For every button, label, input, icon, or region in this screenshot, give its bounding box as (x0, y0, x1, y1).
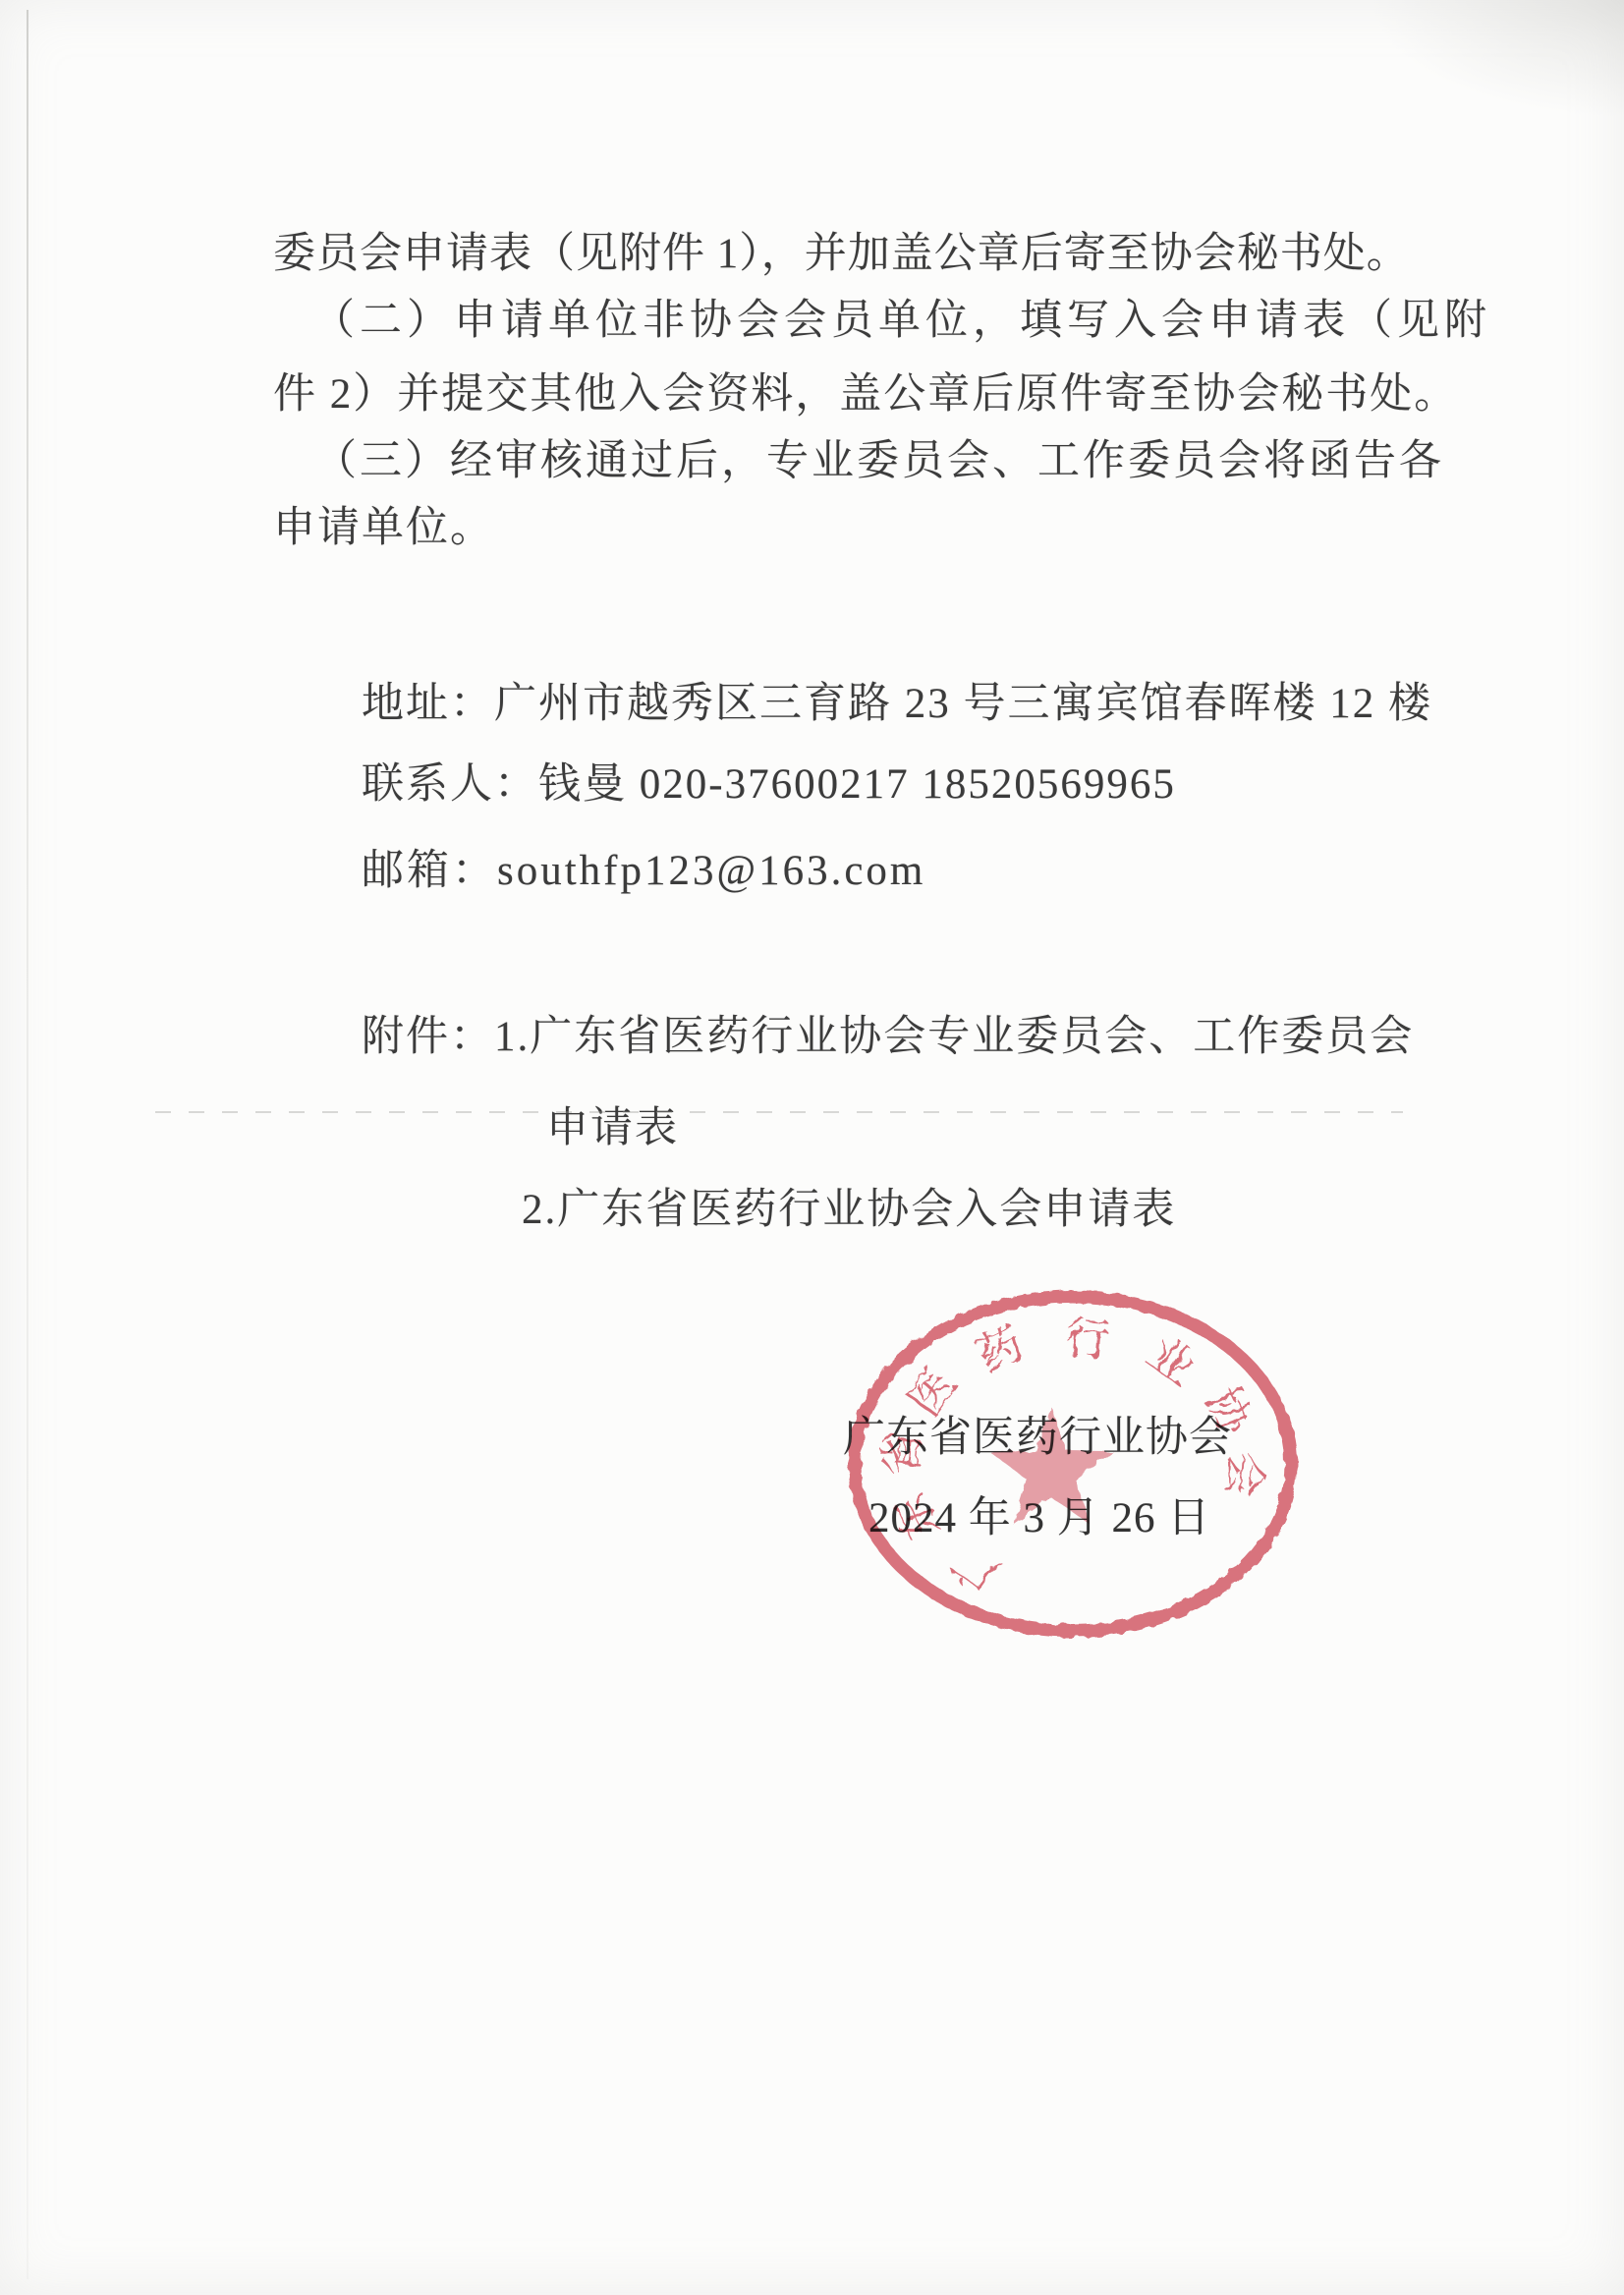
official-seal: 广 东 省 医 药 行 业 协 会 (830, 1272, 1321, 1665)
attachment-item2: 2.广东省医药行业协会入会申请表 (522, 1188, 1176, 1233)
body-line-5: 申请单位。 (273, 506, 494, 551)
seal-arc-char: 药 (969, 1317, 1031, 1382)
seal-star-icon (989, 1407, 1113, 1524)
seal-arc-char: 东 (884, 1485, 949, 1547)
attachment-heading-line: 附件：1.广东省医药行业协会专业委员会、工作委员会 (362, 1015, 1414, 1060)
seal-arc-char: 广 (942, 1534, 1008, 1600)
scan-streak-artifact (155, 1111, 1403, 1113)
seal-arc-char: 行 (1063, 1313, 1112, 1367)
scan-edge-artifact (27, 10, 28, 2279)
seal-arc-char: 省 (875, 1428, 929, 1478)
body-line-1: 委员会申请表（见附件 1），并加盖公章后寄至协会秘书处。 (273, 232, 1410, 277)
body-line-2: （二）申请单位非协会会员单位，填写入会申请表（见附 (312, 299, 1491, 344)
seal-arc-char: 业 (1139, 1327, 1204, 1394)
contact-address-line: 地址：广州市越秀区三育路 23 号三寓宾馆春晖楼 12 楼 (362, 682, 1432, 727)
contact-person-line: 联系人：钱曼 020-37600217 18520569965 (362, 762, 1176, 808)
seal-arc-char: 协 (1197, 1379, 1262, 1443)
contact-email-line: 邮箱：southfp123@163.com (362, 849, 925, 894)
body-line-3: 件 2）并提交其他入会资料，盖公章后原件寄至协会秘书处。 (273, 372, 1458, 418)
body-line-4: （三）经审核通过后，专业委员会、工作委员会将函告各 (314, 439, 1444, 484)
seal-arc-char: 医 (899, 1360, 966, 1426)
scanned-letter-page: 委员会申请表（见附件 1），并加盖公章后寄至协会秘书处。 （二）申请单位非协会会… (0, 0, 1624, 2295)
scan-corner-shadow (1369, 0, 1624, 118)
seal-arc-char: 会 (1217, 1450, 1271, 1499)
